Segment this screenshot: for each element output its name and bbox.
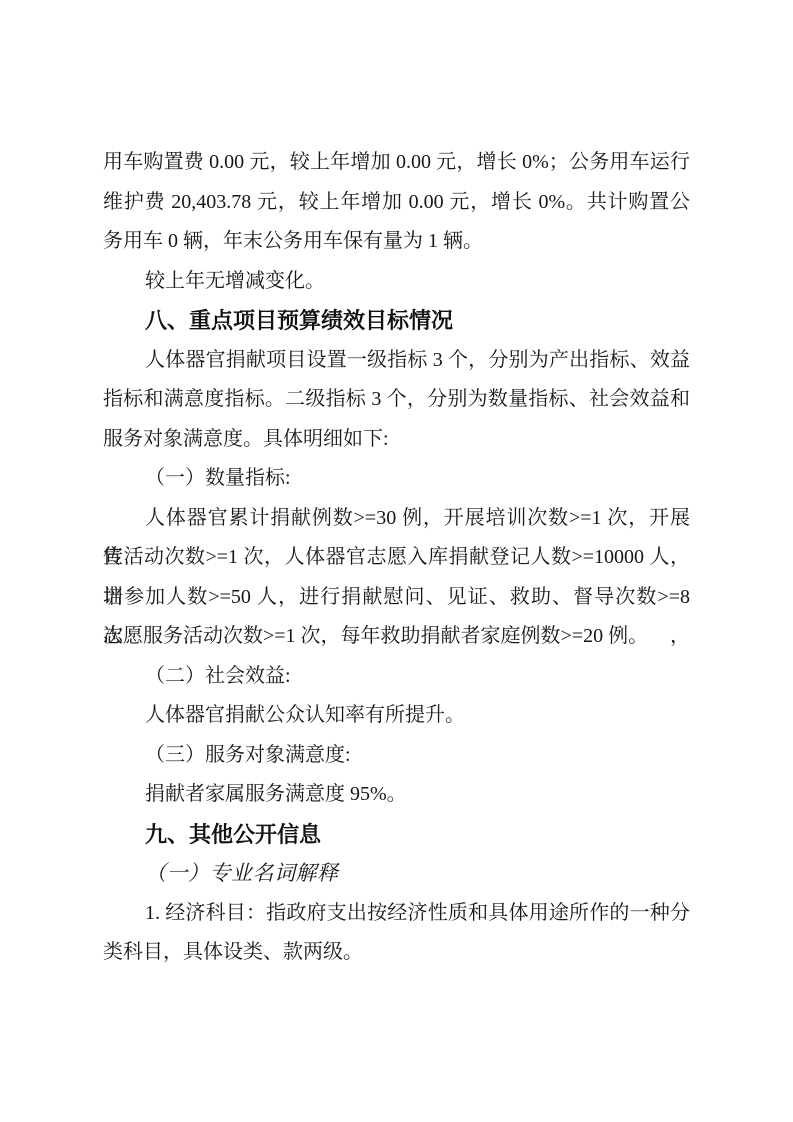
text-line: 捐献者家属服务满意度 95%。 xyxy=(103,775,690,815)
subsection-heading-line: （一）专业名词解释 xyxy=(103,854,690,894)
text-line: 人体器官累计捐献例数>=30 例，开展培训次数>=1 次，开展宣 xyxy=(103,499,690,539)
text-line: 人体器官捐献公众认知率有所提升。 xyxy=(103,696,690,736)
text-line: 训参加人数>=50 人，进行捐献慰问、见证、救助、督导次数>=8 次， xyxy=(103,578,690,618)
text-line: 用车购置费 0.00 元，较上年增加 0.00 元，增长 0%；公务用车运行 xyxy=(103,143,690,183)
text-line: 人体器官捐献项目设置一级指标 3 个，分别为产出指标、效益 xyxy=(103,341,690,381)
text-line: 传活动次数>=1 次，人体器官志愿入库捐献登记人数>=10000 人，培 xyxy=(103,538,690,578)
document-page: 用车购置费 0.00 元，较上年增加 0.00 元，增长 0%；公务用车运行维护… xyxy=(0,0,793,1122)
section-heading-line: 八、重点项目预算绩效目标情况 xyxy=(103,301,690,341)
section-heading-line: 九、其他公开信息 xyxy=(103,815,690,855)
text-line: 类科目，具体设类、款两级。 xyxy=(103,933,690,973)
text-line: 维护费 20,403.78 元，较上年增加 0.00 元，增长 0%。共计购置公 xyxy=(103,183,690,223)
text-line: （一）数量指标: xyxy=(103,459,690,499)
text-content: 用车购置费 0.00 元，较上年增加 0.00 元，增长 0%；公务用车运行维护… xyxy=(103,143,690,973)
text-line: 务用车 0 辆，年末公务用车保有量为 1 辆。 xyxy=(103,222,690,262)
text-line: 较上年无增减变化。 xyxy=(103,262,690,302)
text-line: 志愿服务活动次数>=1 次，每年救助捐献者家庭例数>=20 例。 xyxy=(103,617,690,657)
text-line: （三）服务对象满意度: xyxy=(103,736,690,776)
text-line: 指标和满意度指标。二级指标 3 个，分别为数量指标、社会效益和 xyxy=(103,380,690,420)
text-line: （二）社会效益: xyxy=(103,657,690,697)
text-line: 1. 经济科目：指政府支出按经济性质和具体用途所作的一种分 xyxy=(103,894,690,934)
text-line: 服务对象满意度。具体明细如下: xyxy=(103,420,690,460)
